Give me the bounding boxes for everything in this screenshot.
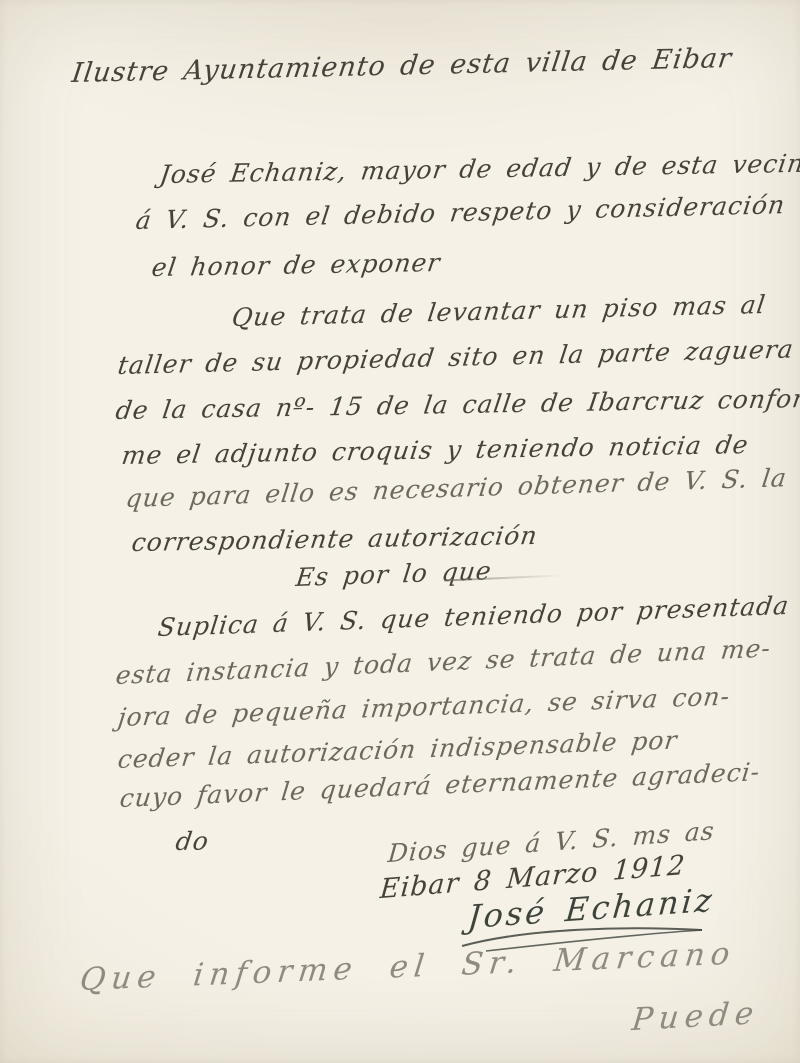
line-text: me el adjunto croquis y teniendo noticia… <box>120 430 751 470</box>
transition-line: Es por lo que <box>295 556 492 592</box>
line-text: Que trata de levantar un piso mas al <box>230 290 768 332</box>
heading-line: Ilustre Ayuntamiento de esta villa de Ei… <box>72 43 733 89</box>
petition-line-3: de la casa nº- 15 de la calle de Ibarcru… <box>116 384 800 425</box>
line-text: Suplica á V. S. que teniendo por present… <box>156 591 791 642</box>
exposition-line-2: á V. S. con el debido respeto y consider… <box>136 188 800 235</box>
line-text: que para ello es necesario obtener de V.… <box>124 463 789 513</box>
supplication-line-1: Suplica á V. S. que teniendo por present… <box>157 591 789 642</box>
supplication-line-6: do <box>176 826 210 856</box>
line-text: correspondiente autorización <box>130 521 540 557</box>
petition-line-2: taller de su propiedad sito en la parte … <box>118 334 794 380</box>
line-text: do <box>174 826 211 856</box>
supplication-line-3: jora de pequeña importancia, se sirva co… <box>117 682 730 732</box>
line-text: esta instancia y toda vez se trata de un… <box>114 633 772 690</box>
line-text: Es por lo que <box>294 556 493 592</box>
petition-line-4: me el adjunto croquis y teniendo noticia… <box>122 430 749 470</box>
exposition-line-3: el honor de exponer <box>152 248 441 282</box>
manuscript-page: Ilustre Ayuntamiento de esta villa de Ei… <box>0 0 800 1063</box>
exposition-line-1: José Echaniz, mayor de edad y de esta ve… <box>160 148 800 189</box>
line-text: José Echaniz, mayor de edad y de esta ve… <box>158 148 800 189</box>
line-text: taller de su propiedad sito en la parte … <box>116 334 796 380</box>
note-text: Puede <box>630 995 761 1038</box>
marginal-resolution-note: Puede <box>631 995 760 1038</box>
petition-line-1: Que trata de levantar un piso mas al <box>232 290 766 332</box>
line-text: jora de pequeña importancia, se sirva co… <box>116 682 732 733</box>
heading-text: Ilustre Ayuntamiento de esta villa de Ei… <box>70 43 734 89</box>
line-text: á V. S. con el debido respeto y consider… <box>134 188 800 235</box>
line-text: de la casa nº- 15 de la calle de Ibarcru… <box>114 384 800 425</box>
line-text: el honor de exponer <box>150 248 443 282</box>
marginal-referral-note: Que informe el Sr. Marcano <box>79 936 736 998</box>
petition-line-6: correspondiente autorización <box>132 521 538 557</box>
supplication-line-2: esta instancia y toda vez se trata de un… <box>115 634 771 690</box>
petition-line-5: que para ello es necesario obtener de V.… <box>126 463 788 513</box>
note-text: Que informe el Sr. Marcano <box>78 936 738 999</box>
